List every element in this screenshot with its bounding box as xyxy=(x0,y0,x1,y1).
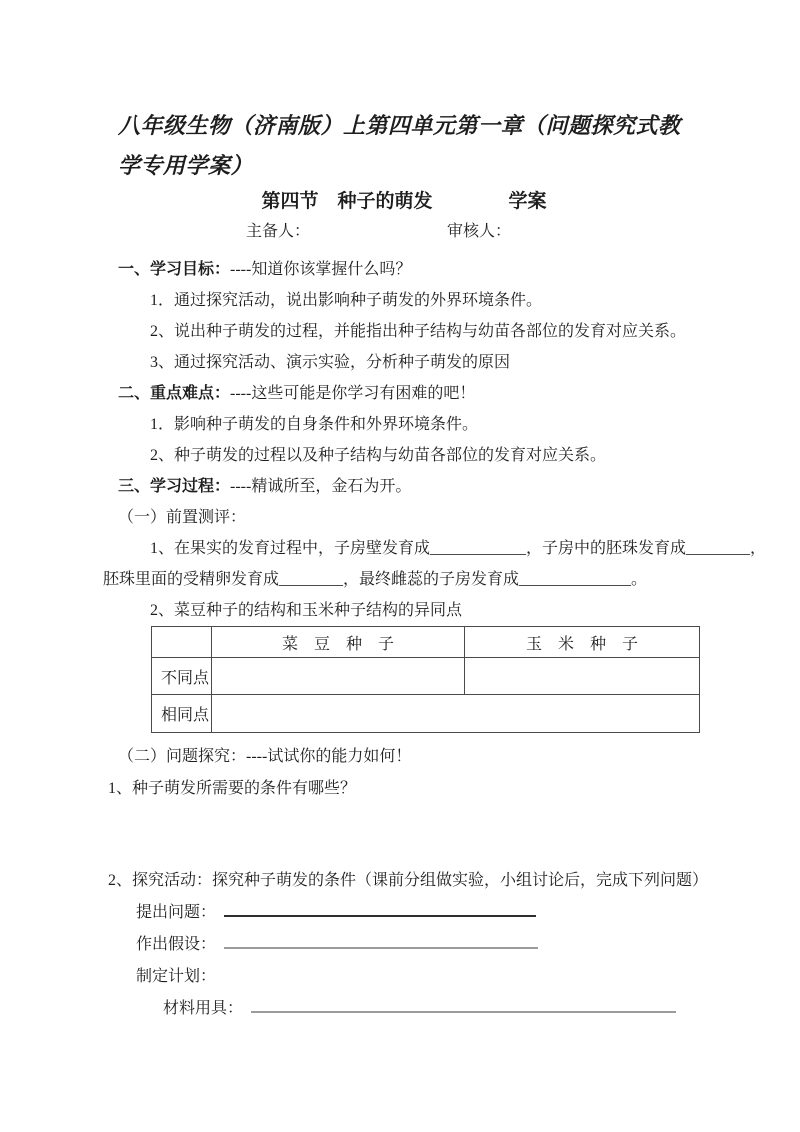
plan-label: 制定计划： xyxy=(136,968,216,985)
similarities-label-cell: 相同点 xyxy=(152,695,212,733)
differences-label-cell: 不同点 xyxy=(152,658,212,695)
pretest-q1-line1: 1、在果实的发育过程中，子房壁发育成____________，子房中的胚珠发育成… xyxy=(118,533,690,564)
process-heading-line: 三、学习过程：----精诚所至，金石为开。 xyxy=(118,471,690,502)
worksheet-page: 八年级生物（济南版）上第四单元第一章（问题探究式教学专用学案） 第四节 种子的萌… xyxy=(0,0,800,1132)
similarities-merged-cell xyxy=(212,695,700,733)
hypothesis-line: 作出假设： xyxy=(118,929,690,961)
propose-question-line: 提出问题： xyxy=(118,897,690,929)
keypoints-note: ----这些可能是你学习有困难的吧！ xyxy=(230,385,475,402)
bean-seed-header-cell: 菜 豆 种 子 xyxy=(212,627,465,658)
inquiry-q1: 1、种子萌发所需要的条件有哪些？ xyxy=(108,773,690,805)
pretest-heading: （一）前置测评： xyxy=(118,502,690,533)
lesson-heading: 第四节 种子的萌发 学案 xyxy=(118,190,690,214)
keypoints-heading: 二、重点难点： xyxy=(118,385,230,402)
prepared-by-label: 主备人： xyxy=(246,221,310,243)
document-title: 八年级生物（济南版）上第四单元第一章（问题探究式教学专用学案） xyxy=(118,106,690,186)
reviewed-by-label: 审核人： xyxy=(447,221,511,243)
differences-corn-cell xyxy=(465,658,700,695)
byline: 主备人： 审核人： xyxy=(118,221,690,243)
objective-item: 2、说出种子萌发的过程，并能指出种子结构与幼苗各部位的发育对应关系。 xyxy=(118,316,690,347)
fill-in-blank-line xyxy=(224,933,538,949)
corn-seed-header-cell: 玉 米 种 子 xyxy=(465,627,700,658)
process-note: ----精诚所至，金石为开。 xyxy=(230,478,411,495)
objectives-note: ----知道你该掌握什么吗？ xyxy=(230,261,411,278)
plan-line: 制定计划： xyxy=(118,961,690,993)
propose-question-label: 提出问题： xyxy=(136,904,216,921)
inquiry-q2: 2、探究活动：探究种子萌发的条件（课前分组做实验，小组讨论后，完成下列问题） xyxy=(108,865,690,897)
keypoint-item: 2、种子萌发的过程以及种子结构与幼苗各部位的发育对应关系。 xyxy=(118,440,690,471)
objectives-heading: 一、学习目标： xyxy=(118,261,230,278)
materials-label: 材料用具： xyxy=(163,1000,243,1017)
similarities-row: 相同点 xyxy=(152,695,700,733)
fill-in-blank-line xyxy=(251,997,676,1013)
objectives-heading-line: 一、学习目标：----知道你该掌握什么吗？ xyxy=(118,254,690,285)
inquiry-section: （二）问题探究：----试试你的能力如何！ 1、种子萌发所需要的条件有哪些？ 2… xyxy=(118,741,690,1025)
table-header-row: 菜 豆 种 子 玉 米 种 子 xyxy=(152,627,700,658)
process-heading: 三、学习过程： xyxy=(118,478,230,495)
materials-line: 材料用具： xyxy=(118,993,690,1025)
hypothesis-label: 作出假设： xyxy=(136,936,216,953)
seed-comparison-table: 菜 豆 种 子 玉 米 种 子 不同点 相同点 xyxy=(151,626,700,733)
worksheet-body: 一、学习目标：----知道你该掌握什么吗？ 1．通过探究活动，说出影响种子萌发的… xyxy=(118,254,690,1025)
fill-in-blank-line xyxy=(224,901,536,917)
differences-row: 不同点 xyxy=(152,658,700,695)
inquiry-heading: （二）问题探究：----试试你的能力如何！ xyxy=(118,741,690,773)
pretest-q1-line2: 胚珠里面的受精卵发育成________，最终雌蕊的子房发育成__________… xyxy=(103,564,690,595)
pretest-q2: 2、菜豆种子的结构和玉米种子结构的异同点 xyxy=(118,595,690,626)
table-corner-cell xyxy=(152,627,212,658)
keypoint-item: 1．影响种子萌发的自身条件和外界环境条件。 xyxy=(118,409,690,440)
keypoints-heading-line: 二、重点难点：----这些可能是你学习有困难的吧！ xyxy=(118,378,690,409)
differences-bean-cell xyxy=(212,658,465,695)
objective-item: 1．通过探究活动，说出影响种子萌发的外界环境条件。 xyxy=(118,285,690,316)
objective-item: 3、通过探究活动、演示实验，分析种子萌发的原因 xyxy=(118,347,690,378)
